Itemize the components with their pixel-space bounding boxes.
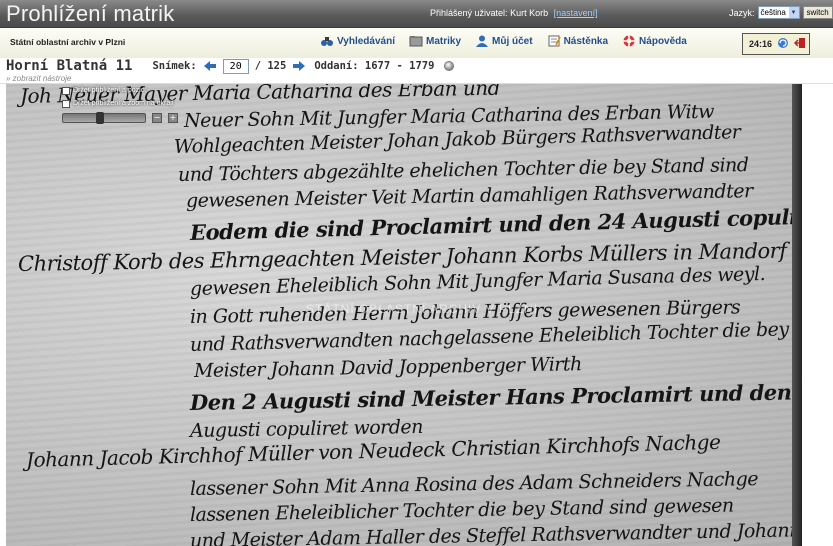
info-icon[interactable] [444,61,454,71]
previous-frame-button[interactable] [204,60,216,72]
keep-view-option[interactable]: Držet přiblížení a pozici [62,84,202,97]
frame-number-input[interactable] [223,59,249,74]
archive-name: Státní oblastní archiv v Plzni [10,37,125,47]
book-title: Horní Blatná 11 [6,58,132,74]
nav-search[interactable]: Vyhledávání [320,35,395,47]
nav-menu: Vyhledávání Matriky Můj účet Nástěnka Ná… [320,35,687,47]
zoom-in-button[interactable]: + [168,113,178,123]
nav-search-label: Vyhledávání [337,36,395,47]
language-value: čeština [761,8,786,17]
section-info: Oddaní: 1677 - 1779 [314,60,434,72]
scan-viewer[interactable]: Joh Neuer Mayer Maria Catharina des Erba… [6,84,802,546]
user-info: Přihlášený uživatel: Kurt Korb [nastaven… [430,8,598,18]
nav-bulletin-label: Nástěnka [564,36,608,47]
switch-button[interactable]: switch [803,6,833,19]
user-name: Kurt Korb [510,8,548,18]
lifebuoy-icon [622,35,636,47]
notepad-icon [547,35,561,47]
zoom-slider[interactable] [62,113,146,123]
keep-view-checkbox[interactable] [62,87,70,95]
language-select[interactable]: čeština ▼ [758,6,800,19]
keep-zoom-option[interactable]: Držet přiblížení a zoom na okraji [62,97,202,110]
keep-zoom-label: Držet přiblížení a zoom na okraji [73,100,173,107]
scan-line: Den 2 Augusti sind Meister Hans Proclami… [190,379,802,415]
folder-icon [409,35,423,47]
viewer-header: Horní Blatná 11 Snímek: / 125 Oddaní: 16… [6,56,454,76]
app-header: Prohlížení matrik Přihlášený uživatel: K… [0,0,833,28]
frame-label: Snímek: [152,60,196,72]
nav-registers-label: Matriky [426,36,461,47]
nav-help-label: Nápověda [639,36,687,47]
nav-my-account-label: Můj účet [492,36,533,47]
viewer-tools: Držet přiblížení a pozici Držet přiblíže… [62,84,202,126]
right-gutter [802,84,833,546]
settings-link[interactable]: [nastavení] [554,8,598,18]
zoom-out-button[interactable]: − [152,113,162,123]
watermark: STÁTNÍ OBLASTNÍ ARCHIV V PLZNI [306,302,538,316]
timer-value: 24:16 [749,39,772,49]
keep-view-label: Držet přiblížení a pozici [73,87,146,94]
header-divider [0,83,833,84]
chevron-down-icon: ▼ [789,7,799,18]
zoom-slider-thumb[interactable] [96,112,104,124]
arrow-left-icon [204,61,216,71]
refresh-icon[interactable] [777,37,789,51]
next-frame-button[interactable] [293,60,305,72]
language-switcher: Jazyk: čeština ▼ switch [729,6,833,19]
nav-registers[interactable]: Matriky [409,35,461,47]
nav-my-account[interactable]: Můj účet [475,35,533,47]
user-label: Přihlášený uživatel: [430,8,508,18]
nav-bulletin[interactable]: Nástěnka [547,35,608,47]
app-title: Prohlížení matrik [6,1,174,27]
zoom-controls: − + [62,113,202,123]
frame-total: / 125 [255,60,287,72]
language-label: Jazyk: [729,8,755,18]
logout-icon[interactable] [794,37,806,51]
arrow-right-icon [293,61,305,71]
show-tools-link[interactable]: » zobrazit nástroje [6,74,71,83]
keep-zoom-checkbox[interactable] [62,100,70,108]
user-icon [475,35,489,47]
nav-help[interactable]: Nápověda [622,35,687,47]
main-navbar: Státní oblastní archiv v Plzni Vyhledává… [0,28,833,58]
page-edge [792,84,802,546]
frame-separator: / [255,60,261,72]
scan-line: Meister Johann David Joppenberger Wirth [194,353,582,382]
frame-total-value: 125 [267,60,286,72]
session-timer: 24:16 [742,33,810,55]
binoculars-icon [320,35,334,47]
